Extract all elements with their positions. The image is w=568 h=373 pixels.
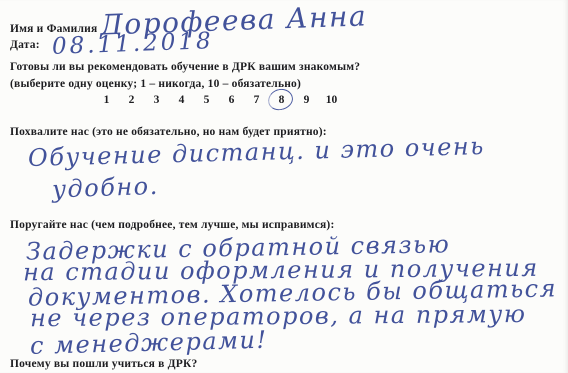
recommend-question-hint: (выберите одну оценку; 1 – никогда, 10 –…: [10, 78, 301, 90]
scanned-feedback-form: Имя и Фамилия Дорофеева Анна Дата: 08.11…: [0, 0, 568, 373]
rating-option-3: 3: [150, 94, 163, 106]
critique-label: Поругайте нас (чем подробнее, тем лучше,…: [10, 219, 335, 231]
date-handwritten-value: 08.11.2018: [52, 28, 215, 60]
rating-option-10: 10: [325, 94, 338, 106]
critique-handwritten-answer: Задержки с обратной связьюна стадии офор…: [26, 236, 557, 351]
rating-option-4: 4: [175, 94, 188, 106]
rating-scale: 12345678910: [100, 94, 338, 106]
praise-handwritten-answer: Обучение дистанц. и это оченьудобно.: [28, 141, 485, 194]
rating-option-8: 8: [275, 94, 288, 106]
recommend-question: Готовы ли вы рекомендовать обучение в ДР…: [10, 61, 360, 73]
rating-option-5: 5: [200, 94, 213, 106]
rating-option-1: 1: [100, 94, 113, 106]
rating-option-7: 7: [250, 94, 263, 106]
rating-option-2: 2: [125, 94, 138, 106]
date-label: Дата:: [10, 39, 40, 51]
rating-option-6: 6: [225, 94, 238, 106]
why-study-question: Почему вы пошли учиться в ДРК?: [10, 358, 197, 370]
praise-line-1: Обучение дистанц. и это очень: [28, 135, 485, 170]
rating-option-9: 9: [300, 94, 313, 106]
praise-label: Похвалите нас (это не обязательно, но на…: [10, 126, 327, 138]
